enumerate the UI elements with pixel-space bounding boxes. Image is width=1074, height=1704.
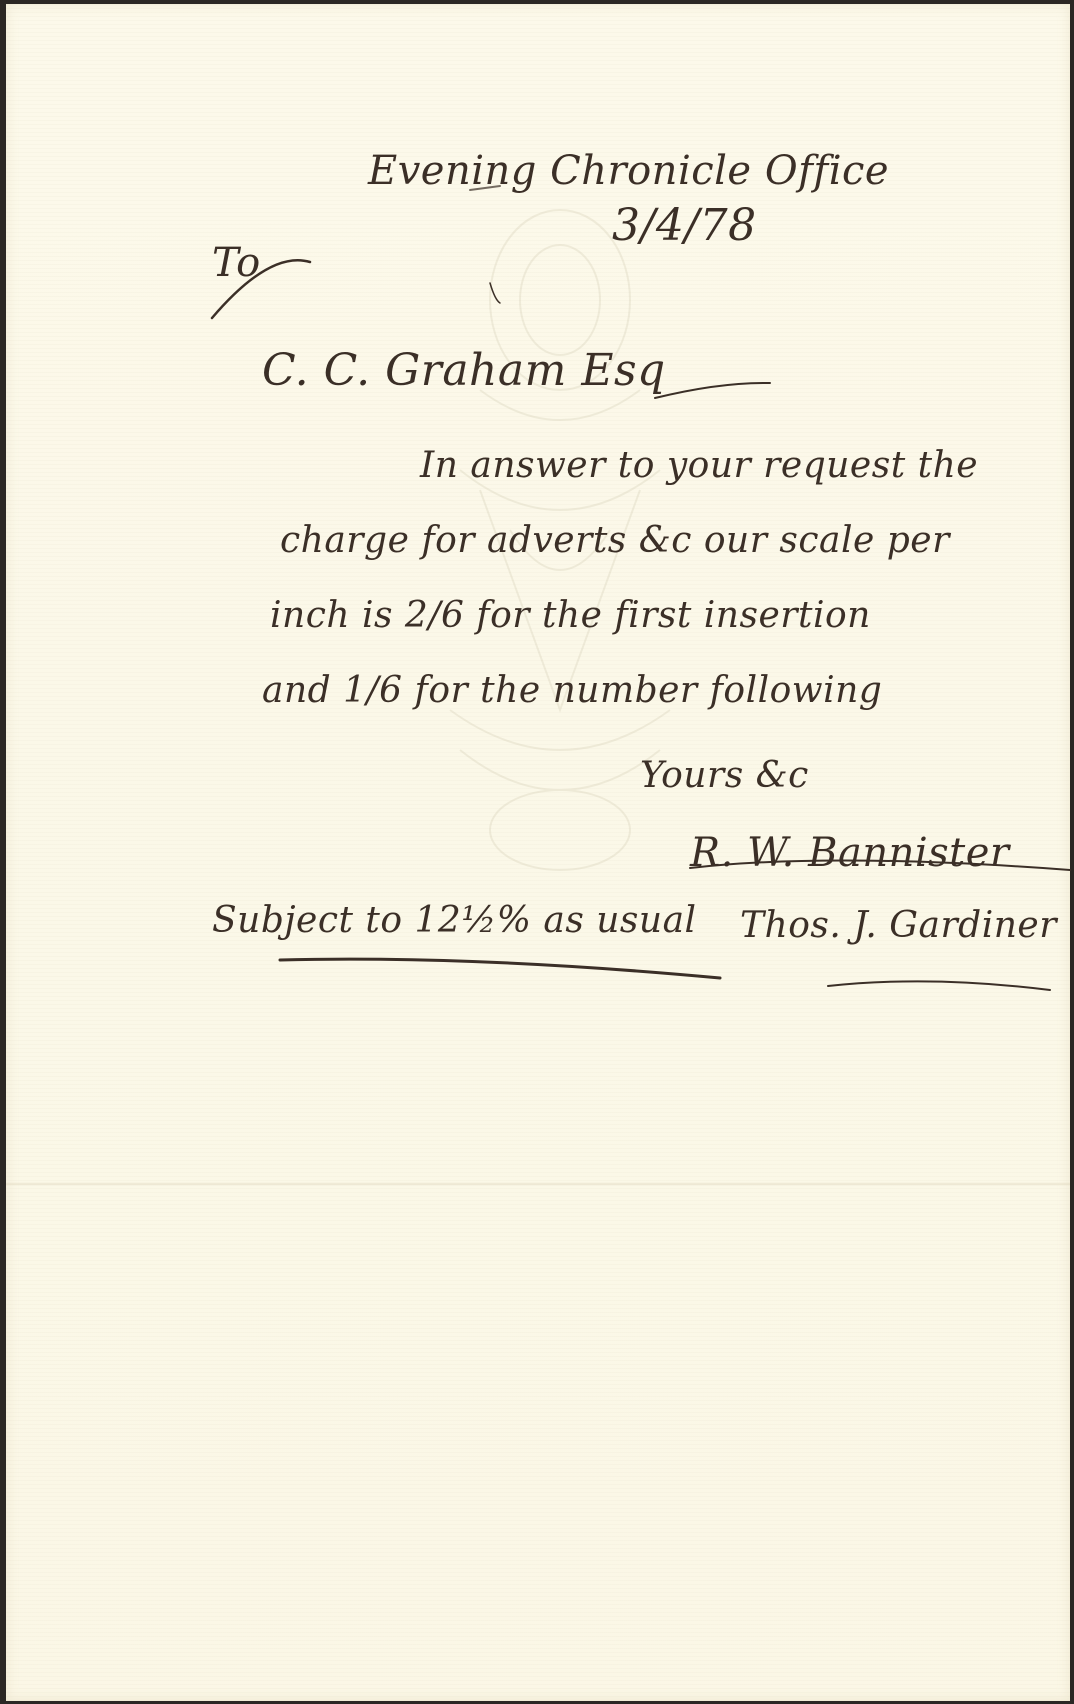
body-line: charge for adverts &c our scale per bbox=[280, 520, 950, 561]
body-line: and 1/6 for the number following bbox=[262, 670, 882, 711]
body-line: In answer to your request the bbox=[420, 445, 978, 486]
letterhead-office: Evening Chronicle Office bbox=[368, 148, 889, 194]
cosigner-signature: Thos. J. Gardiner bbox=[740, 905, 1057, 946]
salutation: To bbox=[212, 240, 261, 286]
paper-fold-line bbox=[6, 1182, 1070, 1186]
addressee-name: C. C. Graham Esq bbox=[262, 345, 666, 396]
signature: R. W. Bannister bbox=[690, 830, 1010, 876]
letter-date: 3/4/78 bbox=[612, 200, 757, 251]
footnote-text: Subject to 12½% as usual bbox=[212, 900, 697, 941]
body-line: inch is 2/6 for the first insertion bbox=[270, 595, 871, 636]
closing: Yours &c bbox=[640, 755, 809, 796]
